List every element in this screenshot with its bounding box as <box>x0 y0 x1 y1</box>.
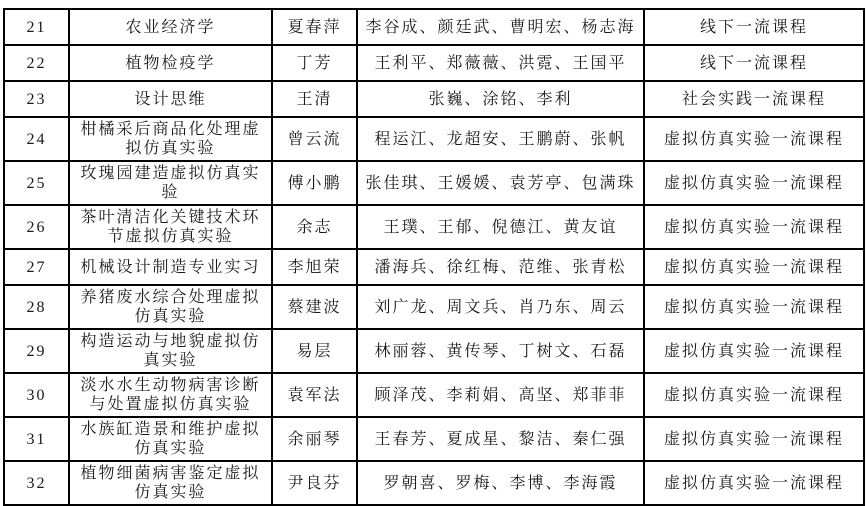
course-type-cell: 虚拟仿真实验一流课程 <box>644 161 864 205</box>
table-row: 21农业经济学夏春萍李谷成、颜廷武、曹明宏、杨志海线下一流课程 <box>4 9 864 45</box>
leader-name-cell: 蔡建波 <box>272 285 357 329</box>
table-row: 31水族缸造景和维护虚拟仿真实验余丽琴王春芳、夏成星、黎洁、秦仁强虚拟仿真实验一… <box>4 417 864 461</box>
course-name-cell: 植物细菌病害鉴定虚拟仿真实验 <box>69 461 272 502</box>
document-page: 21农业经济学夏春萍李谷成、颜廷武、曹明宏、杨志海线下一流课程22植物检疫学丁芳… <box>3 8 865 502</box>
leader-name-cell: 易层 <box>272 329 357 373</box>
team-members-cell: 李谷成、颜廷武、曹明宏、杨志海 <box>357 9 644 45</box>
leader-name-cell: 余志 <box>272 205 357 249</box>
row-number-cell: 26 <box>4 205 69 249</box>
team-members-cell: 顾泽茂、李莉娟、高坚、郑菲菲 <box>357 373 644 417</box>
course-type-cell: 虚拟仿真实验一流课程 <box>644 373 864 417</box>
table-row: 23设计思维王清张巍、涂铭、李利社会实践一流课程 <box>4 81 864 117</box>
leader-name-cell: 袁军法 <box>272 373 357 417</box>
team-members-cell: 程运江、龙超安、王鹏蔚、张帆 <box>357 117 644 161</box>
table-body: 21农业经济学夏春萍李谷成、颜廷武、曹明宏、杨志海线下一流课程22植物检疫学丁芳… <box>4 9 864 502</box>
course-type-cell: 线下一流课程 <box>644 45 864 81</box>
team-members-cell: 刘广龙、周文兵、肖乃东、周云 <box>357 285 644 329</box>
table-row: 26茶叶清洁化关键技术环节虚拟仿真实验余志王璞、王郁、倪德江、黄友谊虚拟仿真实验… <box>4 205 864 249</box>
table-row: 27机械设计制造专业实习李旭荣潘海兵、徐红梅、范维、张青松虚拟仿真实验一流课程 <box>4 249 864 285</box>
course-list-table: 21农业经济学夏春萍李谷成、颜廷武、曹明宏、杨志海线下一流课程22植物检疫学丁芳… <box>3 8 865 502</box>
course-type-cell: 虚拟仿真实验一流课程 <box>644 461 864 502</box>
team-members-cell: 张佳琪、王媛媛、袁芳亭、包满珠 <box>357 161 644 205</box>
course-name-cell: 植物检疫学 <box>69 45 272 81</box>
table-row: 22植物检疫学丁芳王利平、郑薇薇、洪霓、王国平线下一流课程 <box>4 45 864 81</box>
leader-name-cell: 夏春萍 <box>272 9 357 45</box>
row-number-cell: 25 <box>4 161 69 205</box>
row-number-cell: 28 <box>4 285 69 329</box>
course-type-cell: 虚拟仿真实验一流课程 <box>644 329 864 373</box>
course-type-cell: 虚拟仿真实验一流课程 <box>644 249 864 285</box>
table-row: 25玫瑰园建造虚拟仿真实验傅小鹏张佳琪、王媛媛、袁芳亭、包满珠虚拟仿真实验一流课… <box>4 161 864 205</box>
course-name-cell: 柑橘采后商品化处理虚拟仿真实验 <box>69 117 272 161</box>
table-row: 29构造运动与地貌虚拟仿真实验易层林丽蓉、黄传琴、丁树文、石磊虚拟仿真实验一流课… <box>4 329 864 373</box>
table-row: 30淡水水生动物病害诊断与处置虚拟仿真实验袁军法顾泽茂、李莉娟、高坚、郑菲菲虚拟… <box>4 373 864 417</box>
table-row: 28养猪废水综合处理虚拟仿真实验蔡建波刘广龙、周文兵、肖乃东、周云虚拟仿真实验一… <box>4 285 864 329</box>
team-members-cell: 潘海兵、徐红梅、范维、张青松 <box>357 249 644 285</box>
leader-name-cell: 余丽琴 <box>272 417 357 461</box>
row-number-cell: 23 <box>4 81 69 117</box>
course-name-cell: 养猪废水综合处理虚拟仿真实验 <box>69 285 272 329</box>
course-type-cell: 虚拟仿真实验一流课程 <box>644 285 864 329</box>
course-name-cell: 淡水水生动物病害诊断与处置虚拟仿真实验 <box>69 373 272 417</box>
table-row: 24柑橘采后商品化处理虚拟仿真实验曾云流程运江、龙超安、王鹏蔚、张帆虚拟仿真实验… <box>4 117 864 161</box>
row-number-cell: 24 <box>4 117 69 161</box>
course-name-cell: 设计思维 <box>69 81 272 117</box>
course-name-cell: 构造运动与地貌虚拟仿真实验 <box>69 329 272 373</box>
course-name-cell: 机械设计制造专业实习 <box>69 249 272 285</box>
row-number-cell: 29 <box>4 329 69 373</box>
leader-name-cell: 丁芳 <box>272 45 357 81</box>
course-type-cell: 线下一流课程 <box>644 9 864 45</box>
course-name-cell: 水族缸造景和维护虚拟仿真实验 <box>69 417 272 461</box>
course-name-cell: 茶叶清洁化关键技术环节虚拟仿真实验 <box>69 205 272 249</box>
team-members-cell: 罗朝喜、罗梅、李博、李海霞 <box>357 461 644 502</box>
leader-name-cell: 尹良芬 <box>272 461 357 502</box>
leader-name-cell: 王清 <box>272 81 357 117</box>
row-number-cell: 21 <box>4 9 69 45</box>
row-number-cell: 31 <box>4 417 69 461</box>
team-members-cell: 王春芳、夏成星、黎洁、秦仁强 <box>357 417 644 461</box>
team-members-cell: 林丽蓉、黄传琴、丁树文、石磊 <box>357 329 644 373</box>
team-members-cell: 张巍、涂铭、李利 <box>357 81 644 117</box>
row-number-cell: 32 <box>4 461 69 502</box>
course-type-cell: 社会实践一流课程 <box>644 81 864 117</box>
course-type-cell: 虚拟仿真实验一流课程 <box>644 205 864 249</box>
row-number-cell: 22 <box>4 45 69 81</box>
team-members-cell: 王利平、郑薇薇、洪霓、王国平 <box>357 45 644 81</box>
course-name-cell: 玫瑰园建造虚拟仿真实验 <box>69 161 272 205</box>
row-number-cell: 27 <box>4 249 69 285</box>
course-name-cell: 农业经济学 <box>69 9 272 45</box>
leader-name-cell: 曾云流 <box>272 117 357 161</box>
row-number-cell: 30 <box>4 373 69 417</box>
course-type-cell: 虚拟仿真实验一流课程 <box>644 417 864 461</box>
table-row: 32植物细菌病害鉴定虚拟仿真实验尹良芬罗朝喜、罗梅、李博、李海霞虚拟仿真实验一流… <box>4 461 864 502</box>
leader-name-cell: 李旭荣 <box>272 249 357 285</box>
course-type-cell: 虚拟仿真实验一流课程 <box>644 117 864 161</box>
team-members-cell: 王璞、王郁、倪德江、黄友谊 <box>357 205 644 249</box>
leader-name-cell: 傅小鹏 <box>272 161 357 205</box>
